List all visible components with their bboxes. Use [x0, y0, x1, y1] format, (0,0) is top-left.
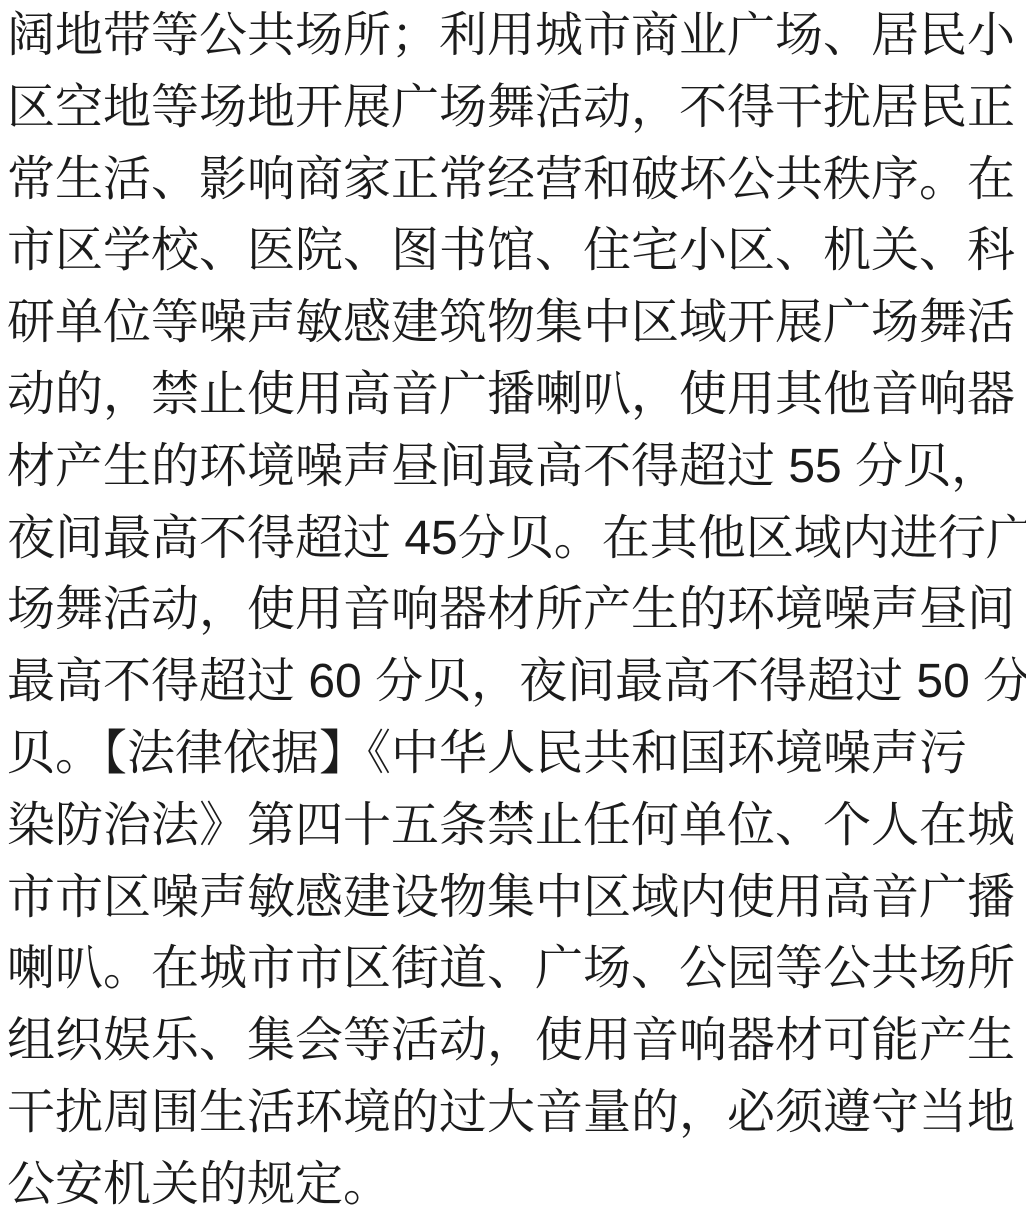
- text-line: 动的，禁止使用高音广播喇叭，使用其他音响器: [7, 359, 1022, 431]
- text-line: 市市区噪声敏感建设物集中区域内使用高音广播: [7, 862, 1022, 934]
- text-line: 组织娱乐、集会等活动，使用音响器材可能产生: [7, 1005, 1022, 1077]
- text-line: 贝。【法律依据】《中华人民共和国环境噪声污: [7, 718, 1022, 790]
- text-line: 干扰周围生活环境的过大音量的，必须遵守当地: [7, 1077, 1022, 1149]
- text-line: 区空地等场地开展广场舞活动，不得干扰居民正: [7, 72, 1022, 144]
- text-line: 染防治法》第四十五条禁止任何单位、个人在城: [7, 790, 1022, 862]
- text-line: 喇叭。在城市市区街道、广场、公园等公共场所: [7, 933, 1022, 1005]
- text-line: 阔地带等公共场所；利用城市商业广场、居民小: [7, 0, 1022, 72]
- text-line: 市区学校、医院、图书馆、住宅小区、机关、科: [7, 215, 1022, 287]
- text-line: 研单位等噪声敏感建筑物集中区域开展广场舞活: [7, 287, 1022, 359]
- text-line: 常生活、影响商家正常经营和破坏公共秩序。在: [7, 144, 1022, 216]
- text-line: 夜间最高不得超过 45分贝。在其他区域内进行广: [7, 503, 1022, 575]
- text-line: 公安机关的规定。: [7, 1149, 1022, 1221]
- text-line: 最高不得超过 60 分贝，夜间最高不得超过 50 分: [7, 646, 1022, 718]
- text-line: 材产生的环境噪声昼间最高不得超过 55 分贝，: [7, 431, 1022, 503]
- document-body: 阔地带等公共场所；利用城市商业广场、居民小 区空地等场地开展广场舞活动，不得干扰…: [0, 0, 1026, 1222]
- text-line: 场舞活动，使用音响器材所产生的环境噪声昼间: [7, 574, 1022, 646]
